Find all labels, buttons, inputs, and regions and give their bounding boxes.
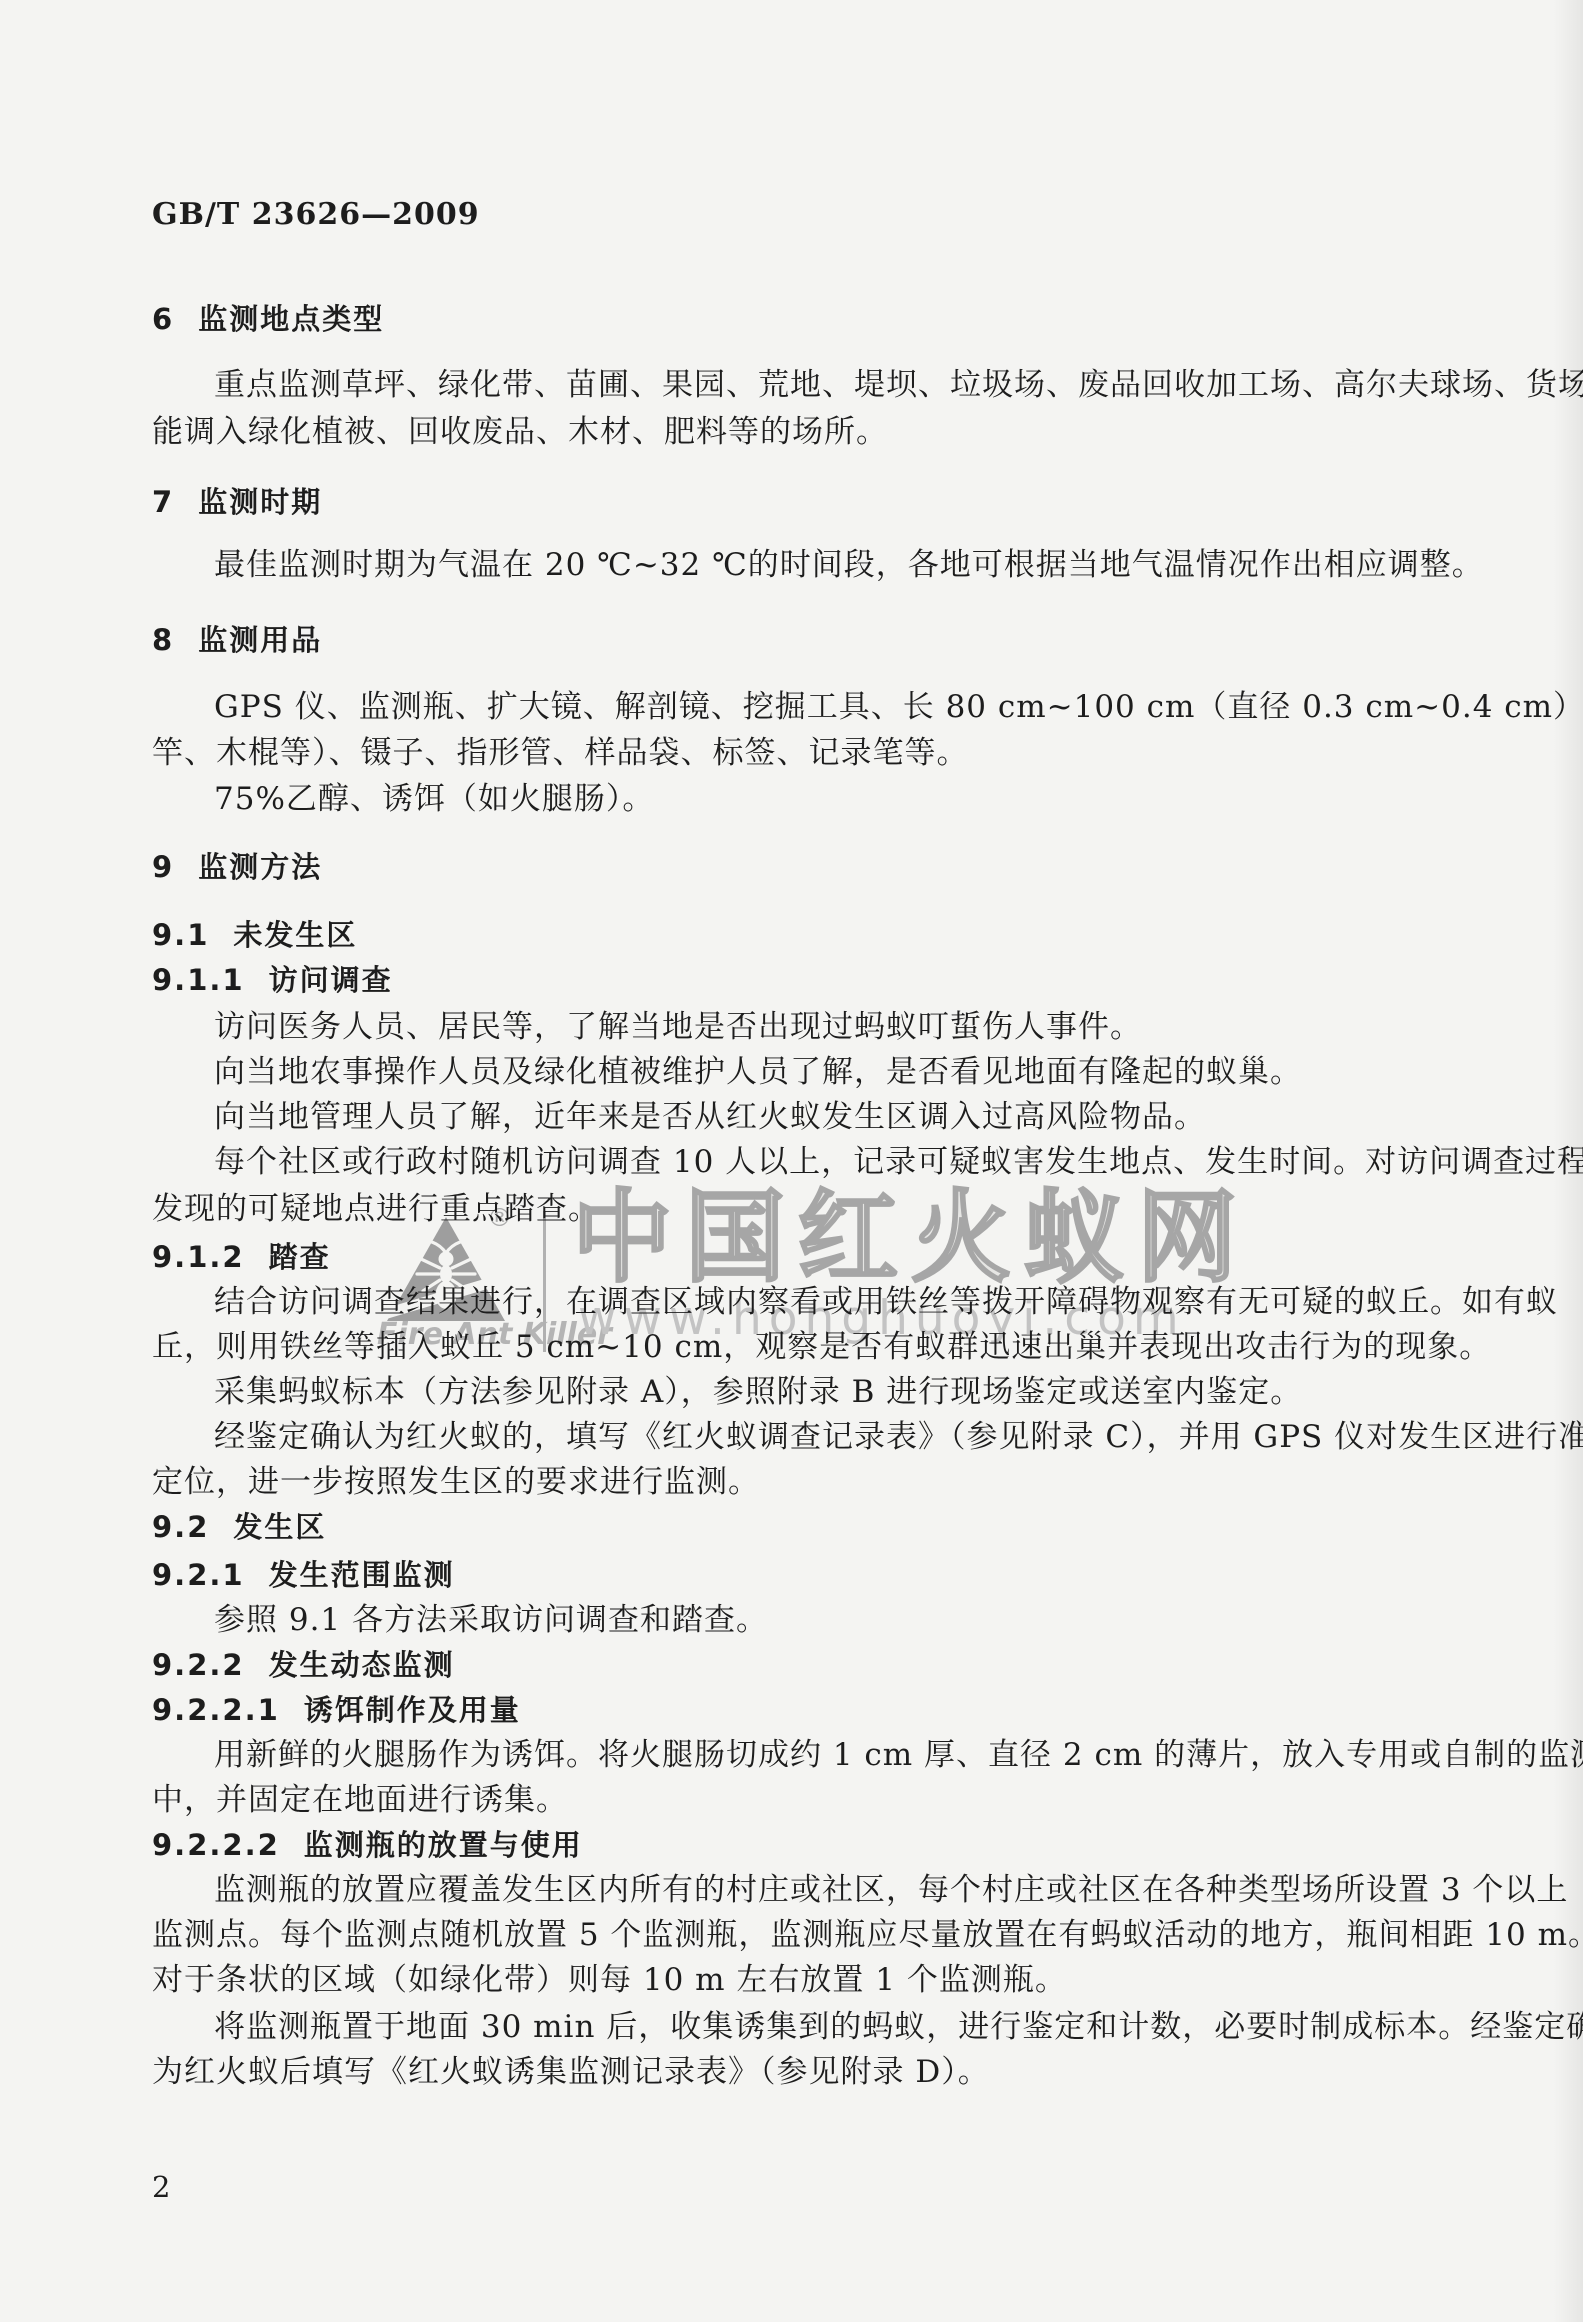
scan-edge-shadow [1553, 0, 1583, 2322]
body-text-line: 竿、木棍等）、镊子、指形管、样品袋、标签、记录笔等。 [152, 731, 1502, 776]
body-text-line: 经鉴定确认为红火蚁的，填写《红火蚁调查记录表》（参见附录 C），并用 GPS 仪… [152, 1415, 1502, 1460]
body-text-line: 丘，则用铁丝等插入蚁丘 5 cm~10 cm，观察是否有蚁群迅速出巢并表现出攻击… [152, 1325, 1502, 1370]
body-text-line: 能调入绿化植被、回收废品、木材、肥料等的场所。 [152, 410, 1502, 455]
body-text-line: 75%乙醇、诱饵（如火腿肠）。 [152, 777, 1502, 822]
section-heading-6: 6监测地点类型 [152, 297, 1502, 342]
body-text-line: 发现的可疑地点进行重点踏查。 [152, 1187, 1502, 1232]
body-text-line: 采集蚂蚁标本（方法参见附录 A），参照附录 B 进行现场鉴定或送室内鉴定。 [152, 1370, 1502, 1415]
section-heading-9-2-2-1: 9.2.2.1诱饵制作及用量 [152, 1688, 1502, 1733]
section-heading-9-2-2-2: 9.2.2.2监测瓶的放置与使用 [152, 1823, 1502, 1868]
scanned-standard-page: ® Fire Ant Killer 中国红火蚁网 www.honghuoyi.c… [0, 0, 1583, 2322]
body-text-line: 为红火蚁后填写《红火蚁诱集监测记录表》（参见附录 D）。 [152, 2050, 1502, 2095]
body-text-line: 向当地管理人员了解，近年来是否从红火蚁发生区调入过高风险物品。 [152, 1095, 1502, 1140]
body-text-line: 向当地农事操作人员及绿化植被维护人员了解，是否看见地面有隆起的蚁巢。 [152, 1050, 1502, 1095]
body-text-line: 中，并固定在地面进行诱集。 [152, 1778, 1502, 1823]
section-heading-9-1: 9.1未发生区 [152, 913, 1502, 958]
page-number: 2 [152, 2165, 1502, 2210]
body-text-line: 监测点。每个监测点随机放置 5 个监测瓶，监测瓶应尽量放置在有蚂蚁活动的地方，瓶… [152, 1913, 1502, 1958]
section-heading-9-1-2: 9.1.2踏查 [152, 1235, 1502, 1280]
section-heading-9-2: 9.2发生区 [152, 1505, 1502, 1550]
body-text-line: 每个社区或行政村随机访问调查 10 人以上，记录可疑蚁害发生地点、发生时间。对访… [152, 1140, 1502, 1185]
body-text-line: 定位，进一步按照发生区的要求进行监测。 [152, 1460, 1502, 1505]
document-body: GB/T 23626—2009 6监测地点类型 重点监测草坪、绿化带、苗圃、果园… [152, 192, 1502, 2210]
section-heading-9: 9监测方法 [152, 845, 1502, 890]
body-text-line: 对于条状的区域（如绿化带）则每 10 m 左右放置 1 个监测瓶。 [152, 1958, 1502, 2003]
body-text-line: GPS 仪、监测瓶、扩大镜、解剖镜、挖掘工具、长 80 cm~100 cm（直径… [152, 685, 1502, 730]
body-text-line: 访问医务人员、居民等，了解当地是否出现过蚂蚁叮蜇伤人事件。 [152, 1005, 1502, 1050]
body-text-line: 结合访问调查结果进行，在调查区域内察看或用铁丝等拨开障碍物观察有无可疑的蚁丘。如… [152, 1280, 1502, 1325]
body-text-line: 重点监测草坪、绿化带、苗圃、果园、荒地、堤坝、垃圾场、废品回收加工场、高尔夫球场… [152, 363, 1502, 408]
body-text-line: 用新鲜的火腿肠作为诱饵。将火腿肠切成约 1 cm 厚、直径 2 cm 的薄片，放… [152, 1733, 1502, 1778]
section-heading-8: 8监测用品 [152, 618, 1502, 663]
section-heading-9-2-1: 9.2.1发生范围监测 [152, 1553, 1502, 1598]
section-heading-7: 7监测时期 [152, 480, 1502, 525]
section-heading-9-1-1: 9.1.1访问调查 [152, 958, 1502, 1003]
body-text-line: 监测瓶的放置应覆盖发生区内所有的村庄或社区，每个村庄或社区在各种类型场所设置 3… [152, 1868, 1502, 1913]
body-text-line: 将监测瓶置于地面 30 min 后，收集诱集到的蚂蚁，进行鉴定和计数，必要时制成… [152, 2005, 1502, 2050]
standard-number: GB/T 23626—2009 [152, 192, 1502, 237]
section-heading-9-2-2: 9.2.2发生动态监测 [152, 1643, 1502, 1688]
body-text-line: 最佳监测时期为气温在 20 ℃~32 ℃的时间段，各地可根据当地气温情况作出相应… [152, 543, 1502, 588]
body-text-line: 参照 9.1 各方法采取访问调查和踏查。 [152, 1598, 1502, 1643]
